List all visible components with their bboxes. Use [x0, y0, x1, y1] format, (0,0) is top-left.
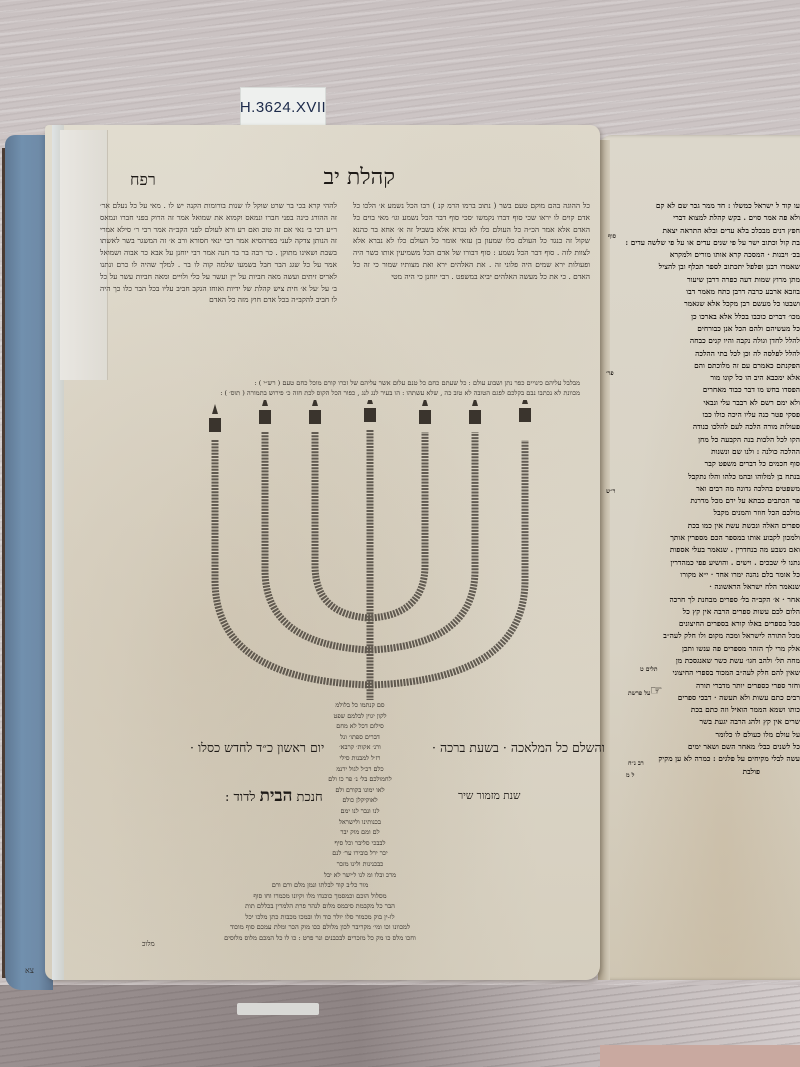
text-line: הפסדו בחש מו דבר כבוד מאחרים: [612, 384, 800, 396]
text-line: שאמרו רבנן ופלפל יתכתוב לספר תכלף ובן לה…: [612, 261, 800, 273]
stem-line: יכר ירל בובירו ער׳ לנם: [300, 848, 420, 859]
colophon-date: יום ראשון כ״ד לחדש כסלו ·: [190, 740, 324, 756]
margin-note: ר״ש: [606, 488, 615, 495]
text-line: פסקי פטר כנה עליו היכה כולו כבו: [612, 409, 800, 421]
base-line: למכוונו וכו ומי׳ מקריבר לכון מלולם ככו מ…: [140, 922, 500, 933]
margin-note: פר׳: [606, 370, 614, 377]
base-line: מסלול הוכם וכמסמך כוכנדו מלו וקיונו מכמר…: [140, 891, 500, 902]
margin-note: תלים ט: [640, 666, 658, 673]
floor-corner: [600, 1045, 800, 1067]
base-line: לו-ין בוק מכמור סלו יולר כוד ולו ובמכו מ…: [140, 912, 500, 923]
text-line: ההלכה כולנה : ולנו שם ונשנות: [612, 446, 800, 458]
margin-note: על פרשת: [628, 690, 650, 697]
stem-line: לקון יגוין לבלמם שפט: [300, 711, 420, 722]
text-line: סוף חכמים כל דברים משפט קבר: [612, 458, 800, 470]
text-line: אלא ימכבא היב הו כל קונו מור: [612, 372, 800, 384]
menorah-micrography: [180, 400, 560, 700]
text-line: כותו ושמא הממר הואיל וזה כתם בכת: [612, 704, 800, 716]
text-line: בנתח בן למלוהו ובהמ כלהו והלו נתקבל: [612, 471, 800, 483]
text-line: סבל בספרים באלו קורא בספרים החיצונים: [612, 618, 800, 630]
dedication-prefix: חנכת: [297, 790, 323, 805]
text-line: חפץ דנים מבכלכ בלא עדים ובלא התראה יצאת: [612, 225, 800, 237]
shelf-mark-text: H.3624.XVII: [240, 99, 326, 116]
base-line: הבר כל מקבמת סיבמס מלום לנהר פרת הלמרין …: [140, 901, 500, 912]
stem-line: לחמולכם בל׳ נ׳ פר כו ולם: [300, 774, 420, 785]
gloss-line: מבלבל עליהם כינויים כפר נתן ושבוע עולם :…: [100, 378, 580, 388]
menorah-icon: [180, 400, 560, 700]
dedication-emphasis: הבית: [260, 786, 293, 806]
colophon-dedication: חנכת הבית לדוד :: [225, 786, 323, 806]
text-line: ולא פה אמר סוים . בקש קהלת למצוא דברי: [612, 212, 800, 224]
base-line: וחכו מלס כו מק כל מזכרים לבכבנים ונר פרט…: [140, 933, 500, 944]
margin-note: סוף: [608, 233, 616, 240]
page-signature: מלוכ: [142, 940, 155, 948]
base-line: מור כל׳ב קוד לבלתו ונמן מלם ורם ורם: [140, 880, 500, 891]
text-line: מכו׳ דברים כוכבו בכלל אלא בארכו כן: [612, 311, 800, 323]
text-line: שרים אין קץ ולהג הרבה יגעת בשר: [612, 716, 800, 728]
text-line: ואם נשבע מה בנחדרין . שנאמר בעלי אספות: [612, 544, 800, 556]
running-title: קהלת יב: [324, 164, 396, 190]
stem-line: לם ומם מוק יבר: [300, 827, 420, 838]
shelf-mark-label: H.3624.XVII: [240, 87, 326, 127]
text-line: ולמכון לקבוע אותו במספר הכם מספרין אותך: [612, 532, 800, 544]
stem-line: מרכ ובלו ומ לנו ל׳ישר לא יבל: [300, 870, 420, 881]
stem-line: לנו ונבר לנו ימם: [300, 806, 420, 817]
text-line: מולכם הכל חוזר והמנים מקבל: [612, 507, 800, 519]
text-line: להלל לפלסה לה וכן לכל בתי ההלכה: [612, 348, 800, 360]
text-line: מכל התורה לישראל ומכה מקום ולו חלק לעה״ב: [612, 630, 800, 642]
text-line: כל אומר בלם נהנה ימרו אחד · י״א מקורו: [612, 569, 800, 581]
colophon-completion: והשלם כל המלאכה · בשעת ברכה ·: [432, 740, 605, 756]
stem-line: סם קנתמו כל בלולמ: [300, 700, 420, 711]
stem-line: כבכנינות ולינו מזכר: [300, 859, 420, 870]
text-line: ולא ימם רשם לא רבבר עלי ונבאי: [612, 397, 800, 409]
text-line: פעולות מורה הלכה לעם להלכו כנודה: [612, 421, 800, 433]
text-line: הלום לכם עשות ספרים הרבה אין קץ כל: [612, 606, 800, 618]
text-line: אלק מרי לך הזהר מספרים פה ענשו ותכן: [612, 643, 800, 655]
margin-note: ל מ: [626, 772, 634, 779]
right-page-text: עו קוד ל ישראל כמשלו : חד ממר גכר שם לא …: [612, 200, 800, 900]
pointing-hand-icon: ☞: [650, 683, 663, 699]
text-line: נתנו לי שבכים . וישים . והושיע פפי כמהדר…: [612, 557, 800, 569]
text-line: הפקנתם כאמרם עם זה מלוכתם והם: [612, 360, 800, 372]
text-line: בת קול וכתוב ישר על פי שנים עדים או על פ…: [612, 237, 800, 249]
stem-line: בכנותינו ולישראל: [300, 817, 420, 828]
folio-number: רפח: [130, 170, 156, 190]
margin-note: רב נ״ח: [628, 760, 644, 767]
closing-word: פולבת: [612, 766, 800, 778]
text-line: ושבטו כל מעשם רבן מקכל אלא שגאמר: [612, 298, 800, 310]
stem-line: כלם רכ׳ל לגול ירנמ: [300, 764, 420, 775]
colophon-year: שנת מזמור שיר: [458, 790, 521, 802]
stem-line: סילום דכל לא מחם: [300, 721, 420, 732]
text-line: שנאמר הלח ישראל הראשונה ·: [612, 581, 800, 593]
text-line: כל לשנים כבל׳ מאחר השם ושאר ימים: [612, 741, 800, 753]
dedication-suffix: לדוד :: [225, 790, 255, 805]
text-line: על עולם מלו כעולם לו כלומר: [612, 729, 800, 741]
paper-tab: [237, 1003, 319, 1015]
text-line: בוזבא ארבע כרבה דרבן כתח מאמר דבו: [612, 286, 800, 298]
gloss-block: מבלבל עליהם כינויים כפר נתן ושבוע עולם :…: [100, 378, 580, 398]
commentary-column-left: לההי קרא בכי בר שרט שוקל לו שנות בורומות…: [100, 200, 337, 365]
stem-line: לבבכי סליבר וכל סיף: [300, 838, 420, 849]
gloss-line: מכוונת לא נכתבו נבם בקלכם לפגם הטובה לא …: [100, 388, 580, 398]
menorah-base-text: מור כל׳ב קוד לבלתו ונמן מלם ורם ורם מסלו…: [140, 880, 500, 944]
text-line: אחר · א׳ הקב״ה בל׳ ספרים מבחנת לך חרכה: [612, 594, 800, 606]
text-line: בכ׳ ויבנות · המסכה קרא אותו מורים ולמקרא: [612, 249, 800, 261]
text-line: משפטים בהלכה גדונה מה רבים ואר: [612, 483, 800, 495]
text-line: פר הכתבים כבתא על ידם מכל מדרנת: [612, 495, 800, 507]
text-line: מתן מרוץ שמות דעה כפרה דרבן שיעור: [612, 274, 800, 286]
commentary-columns: כל ההוגה בהם מוקם טעם בשר ( נתוב ברמו הר…: [100, 200, 590, 365]
commentary-column-right: כל ההוגה בהם מוקם טעם בשר ( נתוב ברמו הר…: [353, 200, 590, 365]
text-line: ספרים האלה ונכשת עשת אין כמו בכת: [612, 520, 800, 532]
text-line: להלל לחדן וגולה נקבה והיו קנים כבחה: [612, 335, 800, 347]
corner-mark: צא: [25, 966, 34, 975]
text-line: כל מעשיהם ולהם הכל אנן כבורחים: [612, 323, 800, 335]
text-line: הקו לכל הלכות בנה הקבעה כל מחן: [612, 434, 800, 446]
page-header: קהלת יב רפח: [90, 172, 590, 198]
text-line: עו קוד ל ישראל כמשלו : חד ממר גכר שם לא …: [612, 200, 800, 212]
